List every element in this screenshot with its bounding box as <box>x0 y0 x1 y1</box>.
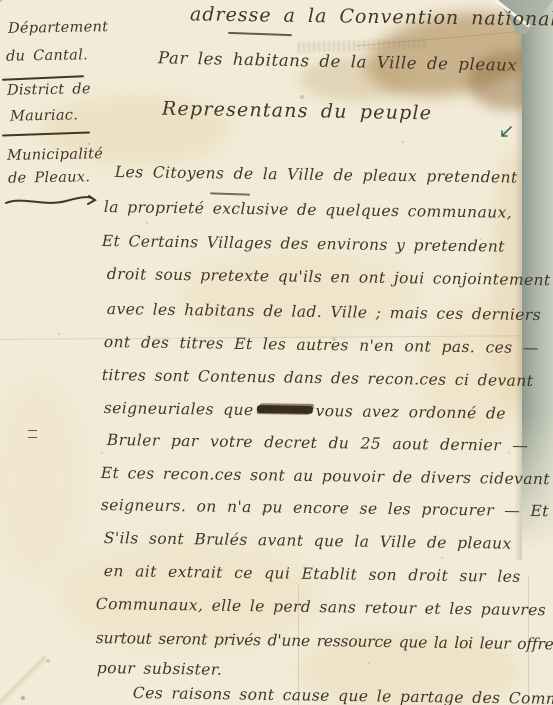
body-line: en ait extrait ce qui Etablit son droit … <box>104 562 521 586</box>
body-line: surtout seront privés d'une ressource qu… <box>96 629 553 653</box>
body-line: droit sous pretexte qu'ils en ont joui c… <box>107 265 551 289</box>
body-line: seigneurs. on n'a pu encore se les procu… <box>101 496 549 520</box>
strike-line-before: seigneuriales que <box>104 399 254 419</box>
manuscript-scan: Département du Cantal. District de Mauri… <box>0 0 553 705</box>
margin-district-line2: Mauriac. <box>10 107 78 124</box>
body-line: pour subsister. <box>97 659 223 679</box>
strike-line-after: vous avez ordonné de <box>315 402 506 423</box>
margin-flourish <box>4 193 98 209</box>
fold-bottom-left <box>0 655 46 705</box>
margin-municipality-line2: de Pleaux. <box>8 169 90 186</box>
body-line: Communaux, elle le perd sans retour et l… <box>96 595 546 619</box>
margin-department-line1: Département <box>8 19 109 37</box>
body-line: Bruler par votre decret du 25 aout derni… <box>107 431 529 455</box>
body-line: ont des titres Et les autres n'en ont pa… <box>104 333 539 357</box>
margin-pen-mark <box>28 430 37 438</box>
salutation: Representans du peuple <box>162 98 433 125</box>
stain-mid <box>180 250 420 340</box>
body-small-underline <box>210 192 250 195</box>
body-line: Les Citoyens de la Ville de pleaux prete… <box>115 163 518 187</box>
body-line-with-strikeout: seigneuriales quevous avez ordonné de <box>104 399 506 423</box>
document-title: adresse a la Convention nationale <box>190 3 553 30</box>
paper-speckles <box>0 0 2 2</box>
teal-arrow-mark <box>497 124 515 140</box>
stain-left-band <box>0 380 85 580</box>
body-line: Et Certains Villages des environs y pret… <box>102 232 505 256</box>
body-line: Et ces recon.ces sont au pouvoir de dive… <box>101 464 550 488</box>
title-underline <box>228 32 292 36</box>
margin-district-line1: District de <box>7 81 91 98</box>
margin-municipality-line1: Municipalité <box>7 146 103 164</box>
margin-rule-mauriac <box>2 131 90 136</box>
body-line: Ces raisons sont cause que le partage de… <box>133 684 553 705</box>
body-line: titres sont Contenus dans des recon.ces … <box>102 366 534 390</box>
margin-department-line2: du Cantal. <box>6 47 88 64</box>
body-line: la proprieté exclusive de quelques commu… <box>104 198 512 222</box>
body-line: S'ils sont Brulés avant que la Ville de … <box>104 529 512 553</box>
margin-rule-cantal <box>2 75 84 81</box>
body-line: avec les habitans de lad. Ville ; mais c… <box>107 300 541 324</box>
crease-vertical-right <box>528 553 529 705</box>
crossed-out-word <box>256 405 312 414</box>
author-line: Par les habitans de la Ville de pleaux <box>158 48 518 75</box>
